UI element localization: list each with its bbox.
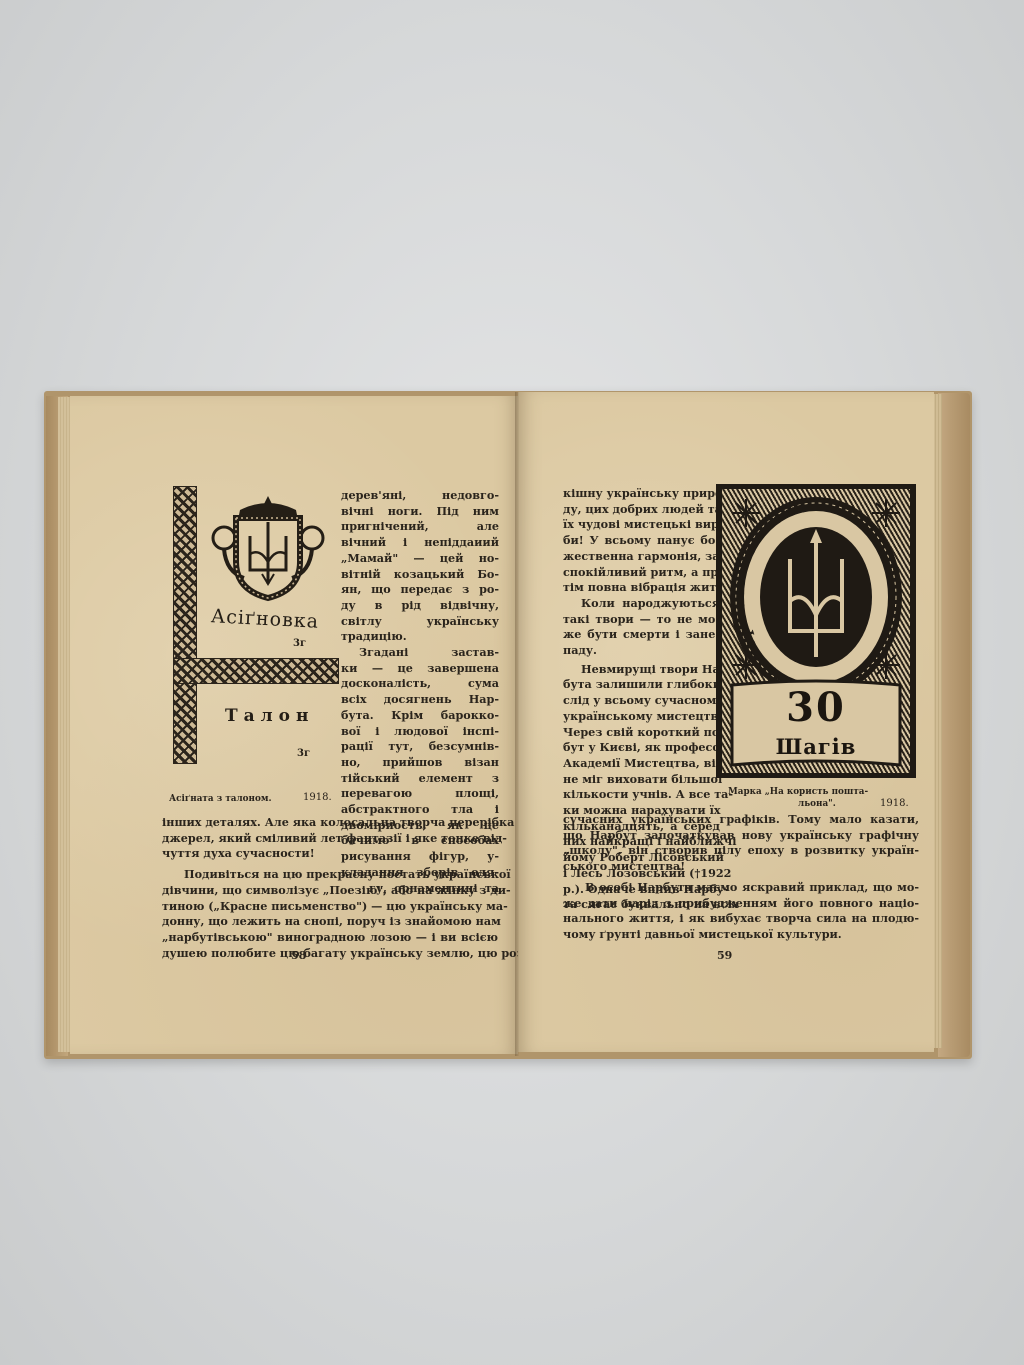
text-line: тім повна вібрація життя!	[563, 580, 720, 596]
text-line: нального життя, і як вибухає творча сила…	[563, 911, 919, 927]
stamp-caption-line1: Марка „На користь пошта-	[728, 787, 868, 797]
right-full-text: сучасних українських графіків. Тому мало…	[563, 812, 919, 943]
text-line: пригнічений, але	[341, 519, 499, 535]
text-line: ян, що передає з ро-	[341, 582, 499, 598]
text-line: ду, цих добрих людей та	[563, 502, 720, 518]
text-line: душею полюбите цю багату українську земл…	[162, 946, 498, 962]
text-line: би! У всьому панує бо-	[563, 533, 720, 549]
text-line: „Мамай" — цей но-	[341, 551, 499, 567]
text-line: дерев'яні, недовго-	[341, 488, 499, 504]
text-line: рації тут, безсумнів-	[341, 739, 499, 755]
text-line: слід у всьому сучасному	[563, 693, 720, 709]
text-line: кількости учнів. А все та-	[563, 787, 720, 803]
page-number-left: 58	[291, 949, 306, 962]
text-line: ського мистецтва!	[563, 859, 919, 875]
text-line: їх чудові мистецькі виро-	[563, 517, 720, 533]
text-line: дівчини, що символізує „Поезію", або на …	[162, 883, 498, 899]
assignat-caption: Асіґната з талоном.	[169, 794, 272, 804]
text-line: джерел, який сміливий лет фантазії і яке…	[162, 831, 498, 847]
text-line: Академії Мистецтва, він	[563, 756, 720, 772]
text-line: жественна гармонія, за-	[563, 549, 720, 565]
text-line: такі твори — то не мо-	[563, 612, 720, 628]
cover-right-edge	[938, 393, 970, 1057]
text-line: но, прийшов візан	[341, 755, 499, 771]
text-line: же дати нарід з прибудженням його повног…	[563, 896, 919, 912]
text-line: вої і людової інспі-	[341, 724, 499, 740]
assignat-illustration: Асіґновка 3г Талон 3г	[173, 486, 335, 762]
text-line: же бути смерти і зане-	[563, 627, 720, 643]
left-full-text: інших деталях. Але яка колосальна творча…	[162, 815, 498, 961]
text-line: вічний і непіддаиий	[341, 535, 499, 551]
text-line: тиною („Красне письменство") — цю україн…	[162, 899, 498, 915]
text-line: Через свій короткий по-	[563, 725, 720, 741]
assignat-title: Асіґновка	[200, 605, 331, 634]
denomination-top: 3г	[293, 638, 306, 649]
stamp-year: 1918.	[880, 798, 909, 809]
text-line: вічні ноги. Під ним	[341, 504, 499, 520]
text-line: бута залишили глибокий	[563, 677, 720, 693]
text-line: бута. Крім барокко-	[341, 708, 499, 724]
denomination-bottom: 3г	[297, 748, 310, 759]
text-line: традицію.	[341, 629, 499, 645]
stamp-value: 30	[722, 684, 910, 731]
book-gutter	[515, 392, 519, 1056]
trident-crest-icon	[210, 492, 326, 602]
text-line: бут у Києві, як професор	[563, 740, 720, 756]
text-line: що Нарбут започаткував нову українську г…	[563, 828, 919, 844]
text-line: „нарбутівською" виноградною лозою — і ви…	[162, 930, 498, 946]
assignat-year: 1918.	[303, 792, 332, 803]
text-line: вітній козацький Бо-	[341, 567, 499, 583]
text-line: „школу", він створив цілу епоху в розвит…	[563, 843, 919, 859]
text-line: спокійливий ритм, а при	[563, 565, 720, 581]
ornament-border-vertical	[173, 486, 197, 764]
text-line: перевагою площі,	[341, 786, 499, 802]
text-line: В особі Нарбута маємо яскравий приклад, …	[563, 880, 919, 896]
text-line: світлу українську	[341, 614, 499, 630]
text-line: донну, що лежить на снопі, поруч із знай…	[162, 914, 498, 930]
stamp-unit: Шагів	[722, 734, 910, 759]
postage-stamp-illustration: На користь поштальона 30 Шагів	[716, 484, 916, 778]
text-line: кішну українську приро-	[563, 486, 720, 502]
text-line: сучасних українських графіків. Тому мало…	[563, 812, 919, 828]
page-number-right: 59	[717, 949, 732, 962]
text-line: чуття духа сучасности!	[162, 846, 498, 862]
text-line: Коли народжуються	[563, 596, 720, 612]
text-line: всіх досягнень Нар-	[341, 692, 499, 708]
stamp-caption-line2: льона".	[798, 799, 836, 809]
text-line: ки — це завершена	[341, 661, 499, 677]
text-line: досконалість, сума	[341, 676, 499, 692]
text-line: не міг виховати більшої	[563, 772, 720, 788]
text-line: тійський елемент з	[341, 771, 499, 787]
talon-label: Талон	[225, 706, 314, 726]
text-line: паду.	[563, 643, 720, 659]
text-line: Згадані застав-	[341, 645, 499, 661]
text-line: Невмирущі твори Нар-	[563, 662, 720, 678]
ornament-border-horizontal	[173, 658, 339, 684]
text-line: українському мистецтві.	[563, 709, 720, 725]
text-line: Подивіться на цю прекрасну постать украї…	[162, 867, 498, 883]
text-line: інших деталях. Але яка колосальна творча…	[162, 815, 498, 831]
text-line: чому ґрунті давньої мистецької культури.	[563, 927, 919, 943]
text-line: ду в рід відвічну,	[341, 598, 499, 614]
